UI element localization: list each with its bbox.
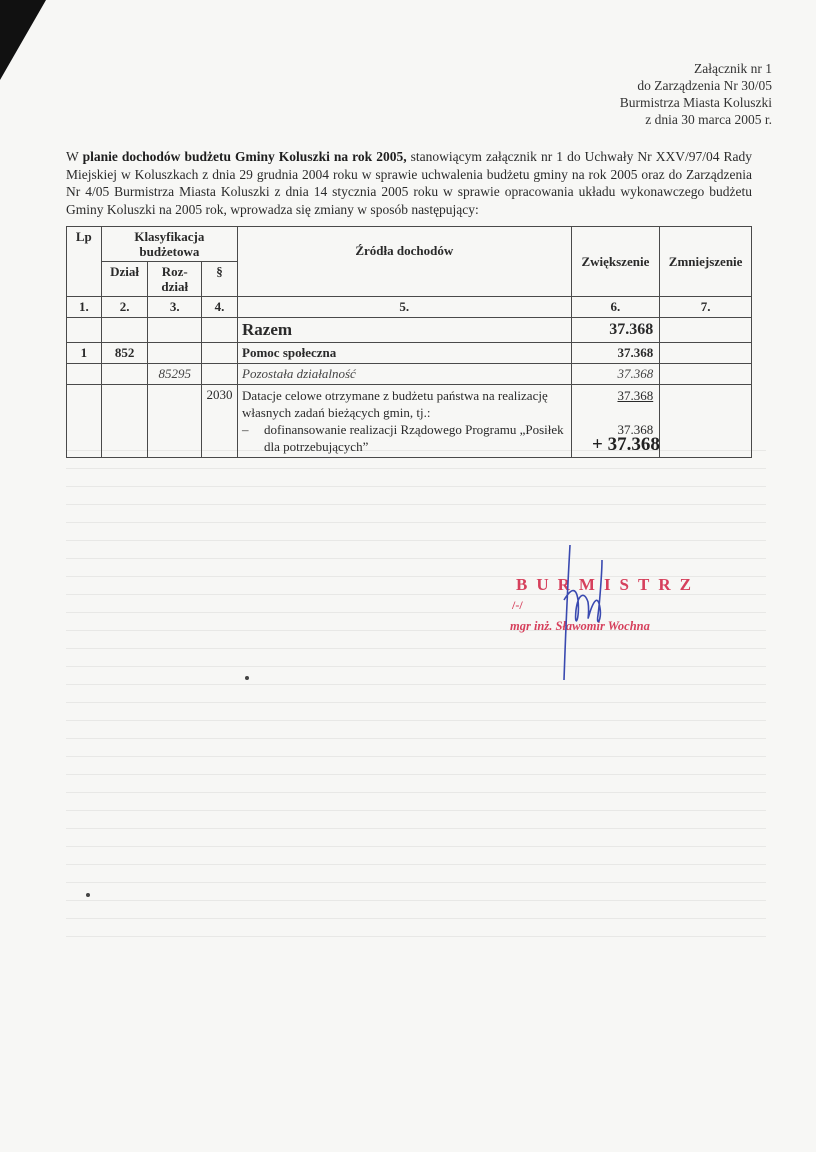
annex-line: z dnia 30 marca 2005 r. bbox=[620, 111, 772, 128]
row-decrease bbox=[660, 343, 752, 364]
bleed-through-background bbox=[66, 450, 766, 980]
header-lp: Lp bbox=[67, 227, 102, 297]
header-source: Źródła dochodów bbox=[238, 227, 572, 297]
colnum-7: 7. bbox=[660, 297, 752, 318]
colnum-3: 3. bbox=[148, 297, 202, 318]
row-lp bbox=[67, 385, 102, 458]
total-label: Razem bbox=[238, 318, 572, 343]
row-decrease bbox=[660, 364, 752, 385]
intro-bold: planie dochodów budżetu Gminy Koluszki n… bbox=[83, 149, 407, 164]
bullet-dash: – bbox=[242, 421, 249, 438]
row-increase: 37.368 bbox=[571, 343, 660, 364]
signature-icon bbox=[540, 540, 620, 690]
budget-changes-table: Lp Klasyfikacja budżetowa Źródła dochodó… bbox=[66, 226, 752, 458]
intro-paragraph: W planie dochodów budżetu Gminy Koluszki… bbox=[66, 148, 752, 218]
ink-spot bbox=[86, 893, 90, 897]
total-increase: 37.368 bbox=[571, 318, 660, 343]
row-decrease bbox=[660, 385, 752, 458]
row-dzial bbox=[101, 364, 148, 385]
column-number-row: 1. 2. 3. 4. 5. 6. 7. bbox=[67, 297, 752, 318]
table-row: 85295 Pozostała działalność 37.368 bbox=[67, 364, 752, 385]
total-row: Razem 37.368 bbox=[67, 318, 752, 343]
row-lp bbox=[67, 364, 102, 385]
row-increase: 37.368 bbox=[576, 387, 654, 404]
row-source: Pomoc społeczna bbox=[238, 343, 572, 364]
row-paragraph: 2030 bbox=[202, 385, 238, 458]
scan-corner-shadow bbox=[0, 0, 46, 80]
annex-line: do Zarządzenia Nr 30/05 bbox=[620, 77, 772, 94]
row-paragraph bbox=[202, 343, 238, 364]
colnum-5: 5. bbox=[238, 297, 572, 318]
row-source-sub-text: dofinansowanie realizacji Rządowego Prog… bbox=[264, 422, 564, 454]
header-dzial: Dział bbox=[101, 262, 148, 297]
header-increase: Zwiększenie bbox=[571, 227, 660, 297]
row-source: Datacje celowe otrzymane z budżetu państ… bbox=[242, 388, 548, 420]
row-source-sub: –dofinansowanie realizacji Rządowego Pro… bbox=[242, 421, 567, 455]
document-page: Załącznik nr 1 do Zarządzenia Nr 30/05 B… bbox=[0, 0, 816, 1152]
annex-line: Załącznik nr 1 bbox=[620, 60, 772, 77]
table-row: 1 852 Pomoc społeczna 37.368 bbox=[67, 343, 752, 364]
row-source: Pozostała działalność bbox=[238, 364, 572, 385]
row-dzial: 852 bbox=[101, 343, 148, 364]
row-rozdzial: 85295 bbox=[148, 364, 202, 385]
row-dzial bbox=[101, 385, 148, 458]
row-lp: 1 bbox=[67, 343, 102, 364]
colnum-6: 6. bbox=[571, 297, 660, 318]
row-rozdzial bbox=[148, 385, 202, 458]
row-source-cell: Datacje celowe otrzymane z budżetu państ… bbox=[238, 385, 572, 458]
stamp-mark: /-/ bbox=[512, 598, 523, 613]
row-increase: 37.368 bbox=[571, 364, 660, 385]
header-classification: Klasyfikacja budżetowa bbox=[101, 227, 237, 262]
header-rozdzial: Roz-dział bbox=[148, 262, 202, 297]
grand-total: + 37.368 bbox=[592, 434, 660, 456]
header-row: Lp Klasyfikacja budżetowa Źródła dochodó… bbox=[67, 227, 752, 262]
annex-header: Załącznik nr 1 do Zarządzenia Nr 30/05 B… bbox=[620, 60, 772, 128]
row-paragraph bbox=[202, 364, 238, 385]
header-paragraph: § bbox=[202, 262, 238, 297]
colnum-2: 2. bbox=[101, 297, 148, 318]
total-decrease bbox=[660, 318, 752, 343]
colnum-4: 4. bbox=[202, 297, 238, 318]
header-decrease: Zmniejszenie bbox=[660, 227, 752, 297]
ink-spot bbox=[245, 676, 249, 680]
row-rozdzial bbox=[148, 343, 202, 364]
intro-prefix: W bbox=[66, 149, 83, 164]
annex-line: Burmistrza Miasta Koluszki bbox=[620, 94, 772, 111]
colnum-1: 1. bbox=[67, 297, 102, 318]
